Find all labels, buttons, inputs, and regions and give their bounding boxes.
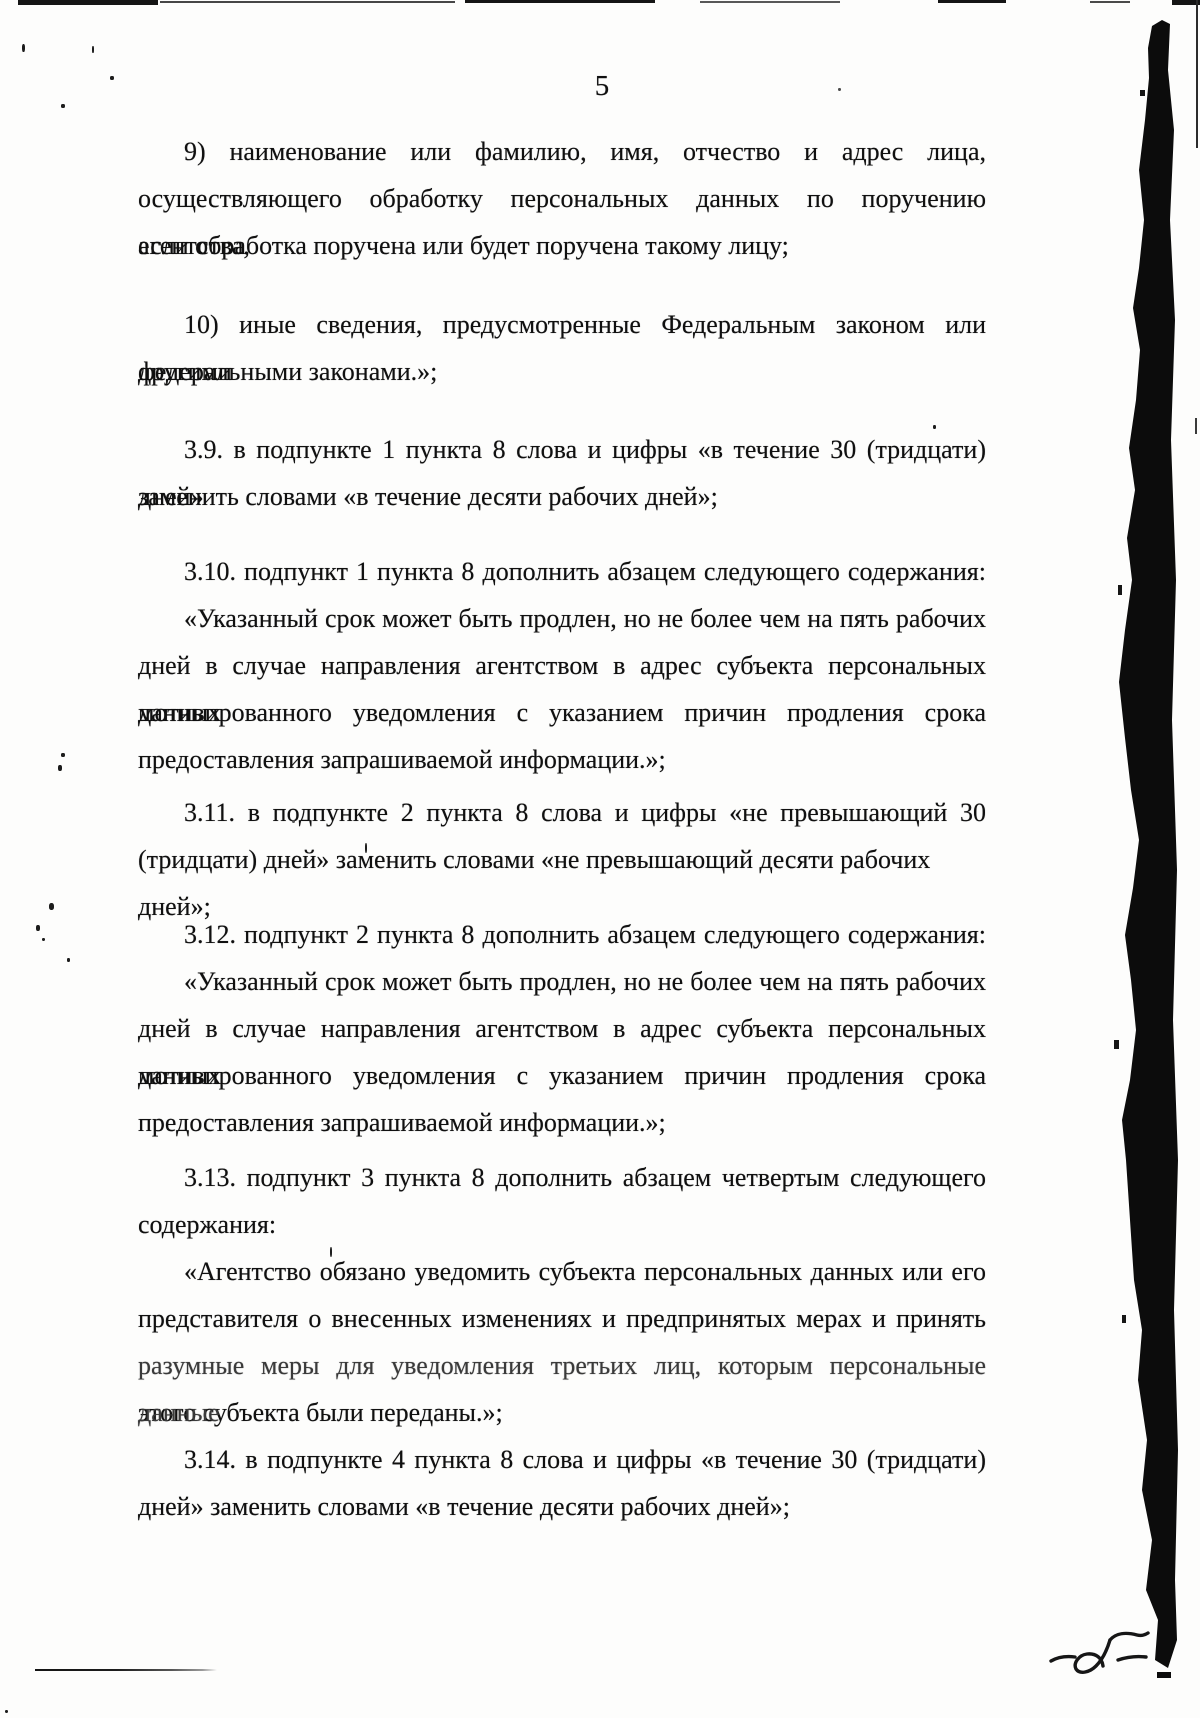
scan-edge-streak <box>160 1 455 3</box>
scan-speckle <box>365 843 367 853</box>
scan-speckle <box>838 88 841 91</box>
text-line: 3.9. в подпункте 1 пункта 8 слова и цифр… <box>138 426 986 473</box>
page-number: 5 <box>578 70 626 103</box>
scan-edge-streak <box>465 0 655 3</box>
text-line: «Агентство обязано уведомить субъекта пе… <box>138 1248 986 1295</box>
scan-edge-streak <box>18 0 158 5</box>
text-line: 3.12. подпункт 2 пункта 8 дополнить абза… <box>138 911 986 958</box>
text-line: предоставления запрашиваемой информации.… <box>138 1099 986 1146</box>
paragraph-3-11: 3.11. в подпункте 2 пункта 8 слова и циф… <box>138 789 986 883</box>
scan-speckle <box>67 958 70 962</box>
scan-speckle <box>61 104 65 108</box>
paragraph-3-14: 3.14. в подпункте 4 пункта 8 слова и циф… <box>138 1436 986 1530</box>
scan-edge-streak <box>700 1 840 3</box>
text-line: 10) иные сведения, предусмотренные Федер… <box>138 301 986 348</box>
paragraph-3-12-quote: «Указанный срок может быть продлен, но н… <box>138 958 986 1146</box>
handwritten-page-mark <box>1046 1628 1161 1684</box>
paragraph-9: 9) наименование или фамилию, имя, отчест… <box>138 128 986 269</box>
document-body: 9) наименование или фамилию, имя, отчест… <box>138 128 986 1530</box>
text-line: мотивированного уведомления с указанием … <box>138 689 986 736</box>
text-line: содержания: <box>138 1201 986 1248</box>
text-line: 9) наименование или фамилию, имя, отчест… <box>138 128 986 175</box>
paragraph-10: 10) иные сведения, предусмотренные Федер… <box>138 301 986 395</box>
text-line: «Указанный срок может быть продлен, но н… <box>138 595 986 642</box>
scan-bottom-rule <box>35 1669 217 1671</box>
scanned-document-page: 5 9) наименование или фамилию, имя, отче… <box>0 0 1200 1718</box>
scan-artifact-band <box>1100 20 1200 1680</box>
scan-speckle <box>61 753 65 757</box>
scan-speckle <box>42 938 45 941</box>
scan-speckle <box>292 820 295 823</box>
text-line: дней» заменить словами «в течение десяти… <box>138 1483 986 1530</box>
text-line: мотивированного уведомления с указанием … <box>138 1052 986 1099</box>
scan-speckle <box>92 46 94 53</box>
text-line: 3.13. подпункт 3 пункта 8 дополнить абза… <box>138 1154 986 1201</box>
text-line: заменить словами «в течение десяти рабоч… <box>138 473 986 520</box>
paragraph-3-10: 3.10. подпункт 1 пункта 8 дополнить абза… <box>138 548 986 595</box>
text-line: осуществляющего обработку персональных д… <box>138 175 986 222</box>
scan-speckle <box>110 76 114 80</box>
paragraph-3-9: 3.9. в подпункте 1 пункта 8 слова и цифр… <box>138 426 986 520</box>
text-line: федеральными законами.»; <box>138 348 986 395</box>
text-line: (тридцати) дней» заменить словами «не пр… <box>138 836 986 883</box>
paragraph-3-10-quote: «Указанный срок может быть продлен, но н… <box>138 595 986 783</box>
scan-edge-streak <box>1090 1 1130 3</box>
text-line: 3.14. в подпункте 4 пункта 8 слова и циф… <box>138 1436 986 1483</box>
text-line: дней в случае направления агентством в а… <box>138 642 986 689</box>
scan-speckle <box>5 1710 8 1713</box>
scan-speckle <box>36 925 40 931</box>
scan-speckle <box>330 1247 332 1257</box>
text-line: разумные меры для уведомления третьих ли… <box>138 1342 986 1389</box>
scan-speckle <box>22 44 25 52</box>
scan-speckle <box>933 425 936 429</box>
text-line: представителя о внесенных изменениях и п… <box>138 1295 986 1342</box>
text-line: 3.11. в подпункте 2 пункта 8 слова и циф… <box>138 789 986 836</box>
text-line: «Указанный срок может быть продлен, но н… <box>138 958 986 1005</box>
text-line: если обработка поручена или будет поруче… <box>138 222 986 269</box>
paragraph-3-13: 3.13. подпункт 3 пункта 8 дополнить абза… <box>138 1154 986 1248</box>
scan-edge-streak <box>938 0 1006 3</box>
scan-speckle <box>49 903 54 910</box>
scan-speckle <box>58 765 62 771</box>
text-line: предоставления запрашиваемой информации.… <box>138 736 986 783</box>
text-line: этого субъекта были переданы.»; <box>138 1389 986 1436</box>
text-line: дней в случае направления агентством в а… <box>138 1005 986 1052</box>
paragraph-3-13-quote: «Агентство обязано уведомить субъекта пе… <box>138 1248 986 1436</box>
paragraph-3-12: 3.12. подпункт 2 пункта 8 дополнить абза… <box>138 911 986 958</box>
text-line: 3.10. подпункт 1 пункта 8 дополнить абза… <box>138 548 986 595</box>
